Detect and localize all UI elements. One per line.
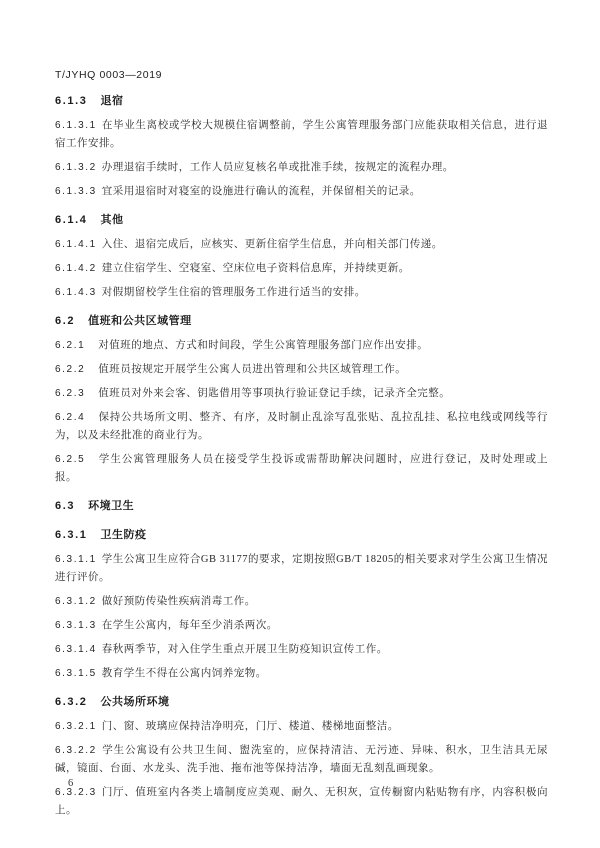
- clause-6.3.1.5: 6.3.1.5教育学生不得在公寓内饲养宠物。: [55, 665, 548, 683]
- clause-text: 宜采用退宿时对寝室的设施进行确认的流程，并保留相关的记录。: [102, 186, 421, 197]
- clause-number: 6.1.3.1: [55, 120, 97, 131]
- clause-number: 6.3.1.3: [55, 620, 97, 631]
- clause-text: 保持公共场所文明、整齐、有序，及时制止乱涂写乱张贴、乱拉乱挂、私拉电线或网线等行…: [55, 412, 548, 441]
- clause-number: 6.2.1: [55, 340, 85, 351]
- clause-text: 值班员按规定开展学生公寓人员进出管理和公共区域管理工作。: [98, 364, 406, 375]
- clause-6.3.2.2: 6.3.2.2学生公寓设有公共卫生间、盥洗室的，应保持清洁、无污迹、异味、积水，…: [55, 742, 548, 778]
- standard-number-header: T/JYHQ 0003—2019: [55, 68, 548, 82]
- clause-number: 6.2.4: [55, 412, 85, 423]
- clause-number: 6.2: [55, 315, 75, 327]
- section-heading-6.2: 6.2值班和公共区域管理: [55, 311, 548, 331]
- clause-number: 6.3.1: [55, 529, 87, 541]
- clause-number: 6.2.3: [55, 388, 85, 399]
- clause-6.3.2.1: 6.3.2.1门、窗、玻璃应保持洁净明亮，门厅、楼道、楼梯地面整洁。: [55, 718, 548, 736]
- clause-6.1.3.1: 6.1.3.1在毕业生离校或学校大规模住宿调整前，学生公寓管理服务部门应能获取相…: [55, 117, 548, 153]
- clause-text: 对值班的地点、方式和时间段，学生公寓管理服务部门应作出安排。: [98, 340, 428, 351]
- section-heading-text: 其他: [100, 214, 123, 226]
- clause-number: 6.3.1.5: [55, 668, 97, 679]
- clause-text: 入住、退宿完成后，应核实、更新住宿学生信息，并向相关部门传递。: [102, 239, 443, 250]
- clause-number: 6.3.2.3: [55, 787, 97, 798]
- clause-number: 6.3.2: [55, 696, 87, 708]
- clause-number: 6.1.4: [55, 214, 87, 226]
- clause-text: 学生公寓管理服务人员在接受学生投诉或需帮助解决问题时，应进行登记，及时处理或上报…: [55, 454, 548, 483]
- clause-number: 6.1.4.2: [55, 263, 97, 274]
- clause-6.2.5: 6.2.5学生公寓管理服务人员在接受学生投诉或需帮助解决问题时，应进行登记，及时…: [55, 451, 548, 487]
- clause-number: 6.3.1.2: [55, 596, 97, 607]
- clause-6.3.1.2: 6.3.1.2做好预防传染性疾病消毒工作。: [55, 593, 548, 611]
- clause-6.3.2.3: 6.3.2.3门厅、值班室内各类上墙制度应美观、耐久、无积灰，宣传橱窗内粘贴物有…: [55, 784, 548, 820]
- section-heading-6.3.1: 6.3.1卫生防疫: [55, 525, 548, 545]
- section-heading-text: 值班和公共区域管理: [88, 315, 192, 327]
- clause-6.2.1: 6.2.1对值班的地点、方式和时间段，学生公寓管理服务部门应作出安排。: [55, 337, 548, 355]
- clause-number: 6.1.4.1: [55, 239, 97, 250]
- clause-6.1.4.1: 6.1.4.1入住、退宿完成后，应核实、更新住宿学生信息，并向相关部门传递。: [55, 236, 548, 254]
- clause-number: 6.1.3.2: [55, 162, 97, 173]
- clause-text: 建立住宿学生、空寝室、空床位电子资料信息库，并持续更新。: [102, 263, 410, 274]
- section-heading-6.3.2: 6.3.2公共场所环境: [55, 692, 548, 712]
- clause-text: 教育学生不得在公寓内饲养宠物。: [102, 668, 267, 679]
- clause-6.3.1.1: 6.3.1.1学生公寓卫生应符合GB 31177的要求，定期按照GB/T 182…: [55, 551, 548, 587]
- document-page: T/JYHQ 0003—2019 6.1.3退宿6.1.3.1在毕业生离校或学校…: [0, 0, 600, 848]
- page-number: 6: [68, 778, 73, 789]
- section-heading-text: 退宿: [100, 95, 123, 107]
- clause-6.1.3.2: 6.1.3.2办理退宿手续时，工作人员应复核名单或批准手续，按规定的流程办理。: [55, 159, 548, 177]
- clause-number: 6.3.2.2: [55, 745, 97, 756]
- clause-number: 6.1.3.3: [55, 186, 97, 197]
- clause-text: 学生公寓设有公共卫生间、盥洗室的，应保持清洁、无污迹、异味、积水，卫生洁具无尿碱…: [55, 745, 548, 774]
- section-heading-6.3: 6.3环境卫生: [55, 496, 548, 516]
- clause-6.3.1.3: 6.3.1.3在学生公寓内，每年至少消杀两次。: [55, 617, 548, 635]
- clause-number: 6.3: [55, 500, 75, 512]
- clause-number: 6.3.2.1: [55, 721, 97, 732]
- clause-text: 对假期留校学生住宿的管理服务工作进行适当的安排。: [102, 287, 366, 298]
- clause-text: 在毕业生离校或学校大规模住宿调整前，学生公寓管理服务部门应能获取相关信息，进行退…: [55, 120, 548, 149]
- clause-6.1.4.2: 6.1.4.2建立住宿学生、空寝室、空床位电子资料信息库，并持续更新。: [55, 260, 548, 278]
- section-heading-6.1.4: 6.1.4其他: [55, 210, 548, 230]
- document-body: 6.1.3退宿6.1.3.1在毕业生离校或学校大规模住宿调整前，学生公寓管理服务…: [55, 91, 548, 820]
- clause-number: 6.1.4.3: [55, 287, 97, 298]
- section-heading-6.1.3: 6.1.3退宿: [55, 91, 548, 111]
- clause-6.2.4: 6.2.4保持公共场所文明、整齐、有序，及时制止乱涂写乱张贴、乱拉乱挂、私拉电线…: [55, 409, 548, 445]
- clause-6.1.4.3: 6.1.4.3对假期留校学生住宿的管理服务工作进行适当的安排。: [55, 284, 548, 302]
- clause-number: 6.1.3: [55, 95, 87, 107]
- clause-number: 6.2.5: [55, 454, 85, 465]
- clause-text: 门厅、值班室内各类上墙制度应美观、耐久、无积灰，宣传橱窗内粘贴物有序，内容积极向…: [55, 787, 548, 816]
- clause-6.3.1.4: 6.3.1.4春秋两季节，对入住学生重点开展卫生防疫知识宣传工作。: [55, 641, 548, 659]
- clause-number: 6.3.1.1: [55, 554, 97, 565]
- clause-number: 6.2.2: [55, 364, 85, 375]
- clause-text: 学生公寓卫生应符合GB 31177的要求，定期按照GB/T 18205的相关要求…: [55, 554, 548, 583]
- clause-number: 6.3.1.4: [55, 644, 97, 655]
- clause-text: 值班员对外来会客、钥匙借用等事项执行验证登记手续，记录齐全完整。: [98, 388, 450, 399]
- clause-text: 春秋两季节，对入住学生重点开展卫生防疫知识宣传工作。: [102, 644, 388, 655]
- clause-6.2.2: 6.2.2值班员按规定开展学生公寓人员进出管理和公共区域管理工作。: [55, 361, 548, 379]
- clause-text: 门、窗、玻璃应保持洁净明亮，门厅、楼道、楼梯地面整洁。: [102, 721, 399, 732]
- section-heading-text: 卫生防疫: [100, 529, 146, 541]
- section-heading-text: 环境卫生: [88, 500, 134, 512]
- clause-6.2.3: 6.2.3值班员对外来会客、钥匙借用等事项执行验证登记手续，记录齐全完整。: [55, 385, 548, 403]
- section-heading-text: 公共场所环境: [100, 696, 169, 708]
- clause-text: 在学生公寓内，每年至少消杀两次。: [102, 620, 278, 631]
- clause-text: 办理退宿手续时，工作人员应复核名单或批准手续，按规定的流程办理。: [102, 162, 454, 173]
- clause-text: 做好预防传染性疾病消毒工作。: [102, 596, 256, 607]
- clause-6.1.3.3: 6.1.3.3宜采用退宿时对寝室的设施进行确认的流程，并保留相关的记录。: [55, 183, 548, 201]
